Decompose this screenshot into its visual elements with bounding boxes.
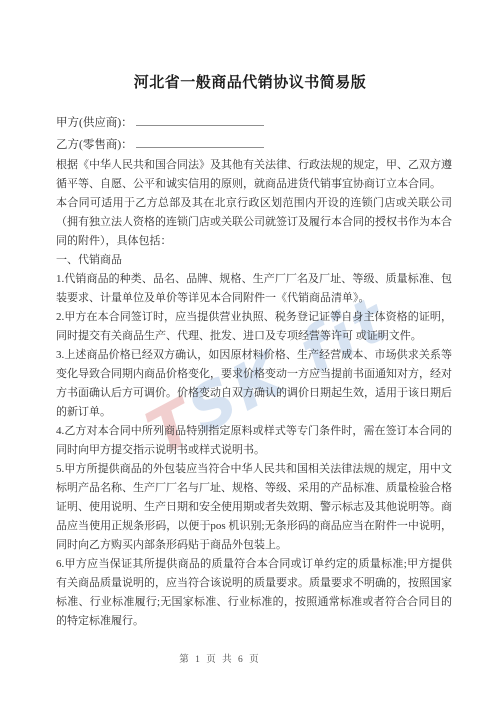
clause-1: 1.代销商品的种类、品名、品牌、规格、生产厂厂名及厂址、等级、质量标准、包装要求… — [56, 270, 452, 308]
clause-5: 5.甲方所提供商品的外包装应当符合中华人民共和国相关法律法规的规定，用中文标明产… — [56, 460, 452, 555]
party-a-label: 甲方(供应商)： — [56, 117, 133, 129]
clause-4: 4.乙方对本合同中所列商品特别指定原料或样式等专门条件时，需在签订本合同的同时向… — [56, 422, 452, 460]
intro-paragraph: 根据《中华人民共和国合同法》及其他有关法律、行政法规的规定，甲、乙双方遵循平等、… — [56, 156, 452, 194]
document-title: 河北省一般商品代销协议书简易版 — [0, 71, 500, 92]
document-page: TSKfit 河北省一般商品代销协议书简易版 甲方(供应商)： 乙方(零售商)：… — [0, 0, 500, 706]
party-b-blank-line — [136, 134, 264, 148]
party-b-label: 乙方(零售商)： — [56, 139, 133, 151]
section-1-heading: 一、代销商品 — [56, 251, 452, 270]
party-block: 甲方(供应商)： 乙方(零售商)： — [56, 112, 450, 156]
clause-2: 2.甲方在本合同签订时，应当提供营业执照、税务登记证等自身主体资格的证明，同时提… — [56, 308, 452, 346]
page-number: 第 1 页 共 6 页 — [0, 651, 470, 665]
party-a-blank-line — [136, 112, 264, 126]
clause-6: 6.甲方应当保证其所提供商品的质量符合本合同或订单约定的质量标准;甲方提供有关商… — [56, 555, 452, 631]
party-b-line: 乙方(零售商)： — [56, 134, 450, 156]
party-a-line: 甲方(供应商)： — [56, 112, 450, 134]
document-body: 根据《中华人民共和国合同法》及其他有关法律、行政法规的规定，甲、乙双方遵循平等、… — [56, 156, 452, 631]
scope-paragraph: 本合同可适用于乙方总部及其在北京行政区划范围内开设的连锁门店或关联公司（拥有独立… — [56, 194, 452, 251]
clause-3: 3.上述商品价格已经双方确认，如因原材料价格、生产经营成本、市场供求关系等变化导… — [56, 346, 452, 422]
